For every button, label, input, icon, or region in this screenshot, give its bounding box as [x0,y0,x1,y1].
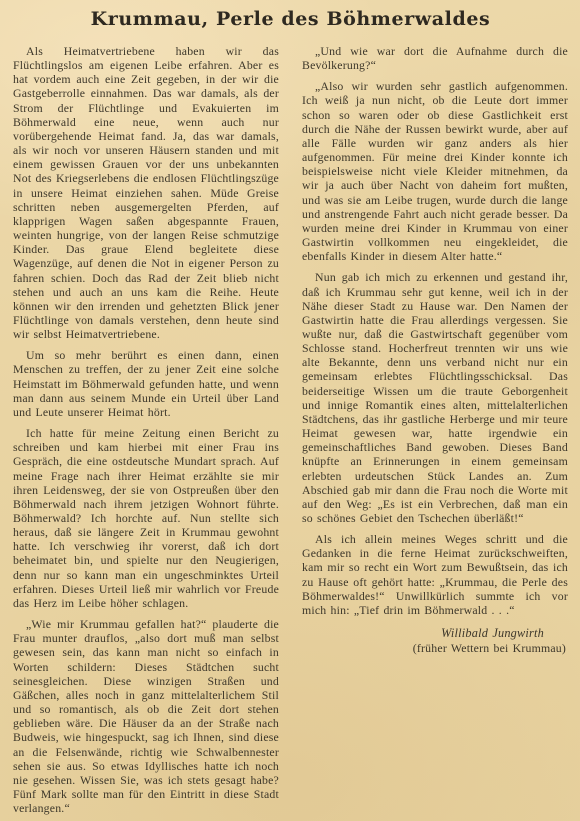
author-signature: Willibald Jungwirth [302,626,568,640]
paragraph-2: Um so mehr berührt es einen dann, einen … [13,348,279,419]
author-origin: (früher Wettern bei Krummau) [302,641,568,655]
paragraph-3: Ich hatte für meine Zeitung einen Berich… [13,426,279,610]
scanned-article-page: Krummau, Perle des Böhmerwaldes Als Heim… [0,0,580,821]
article-body: Als Heimatvertriebene haben wir das Flüc… [13,44,568,821]
paragraph-6: „Also wir wurden sehr gastlich aufgenomm… [302,79,568,263]
paragraph-4: „Wie mir Krummau gefallen hat?“ plaudert… [13,617,279,815]
paragraph-7: Nun gab ich mich zu erkennen und gestand… [302,270,568,525]
paragraph-1: Als Heimatvertriebene haben wir das Flüc… [13,44,279,341]
paragraph-8: Als ich allein meines Weges schritt und … [302,532,568,617]
page-title: Krummau, Perle des Böhmerwaldes [13,7,568,31]
paragraph-5: „Und wie war dort die Aufnahme durch die… [302,44,568,72]
